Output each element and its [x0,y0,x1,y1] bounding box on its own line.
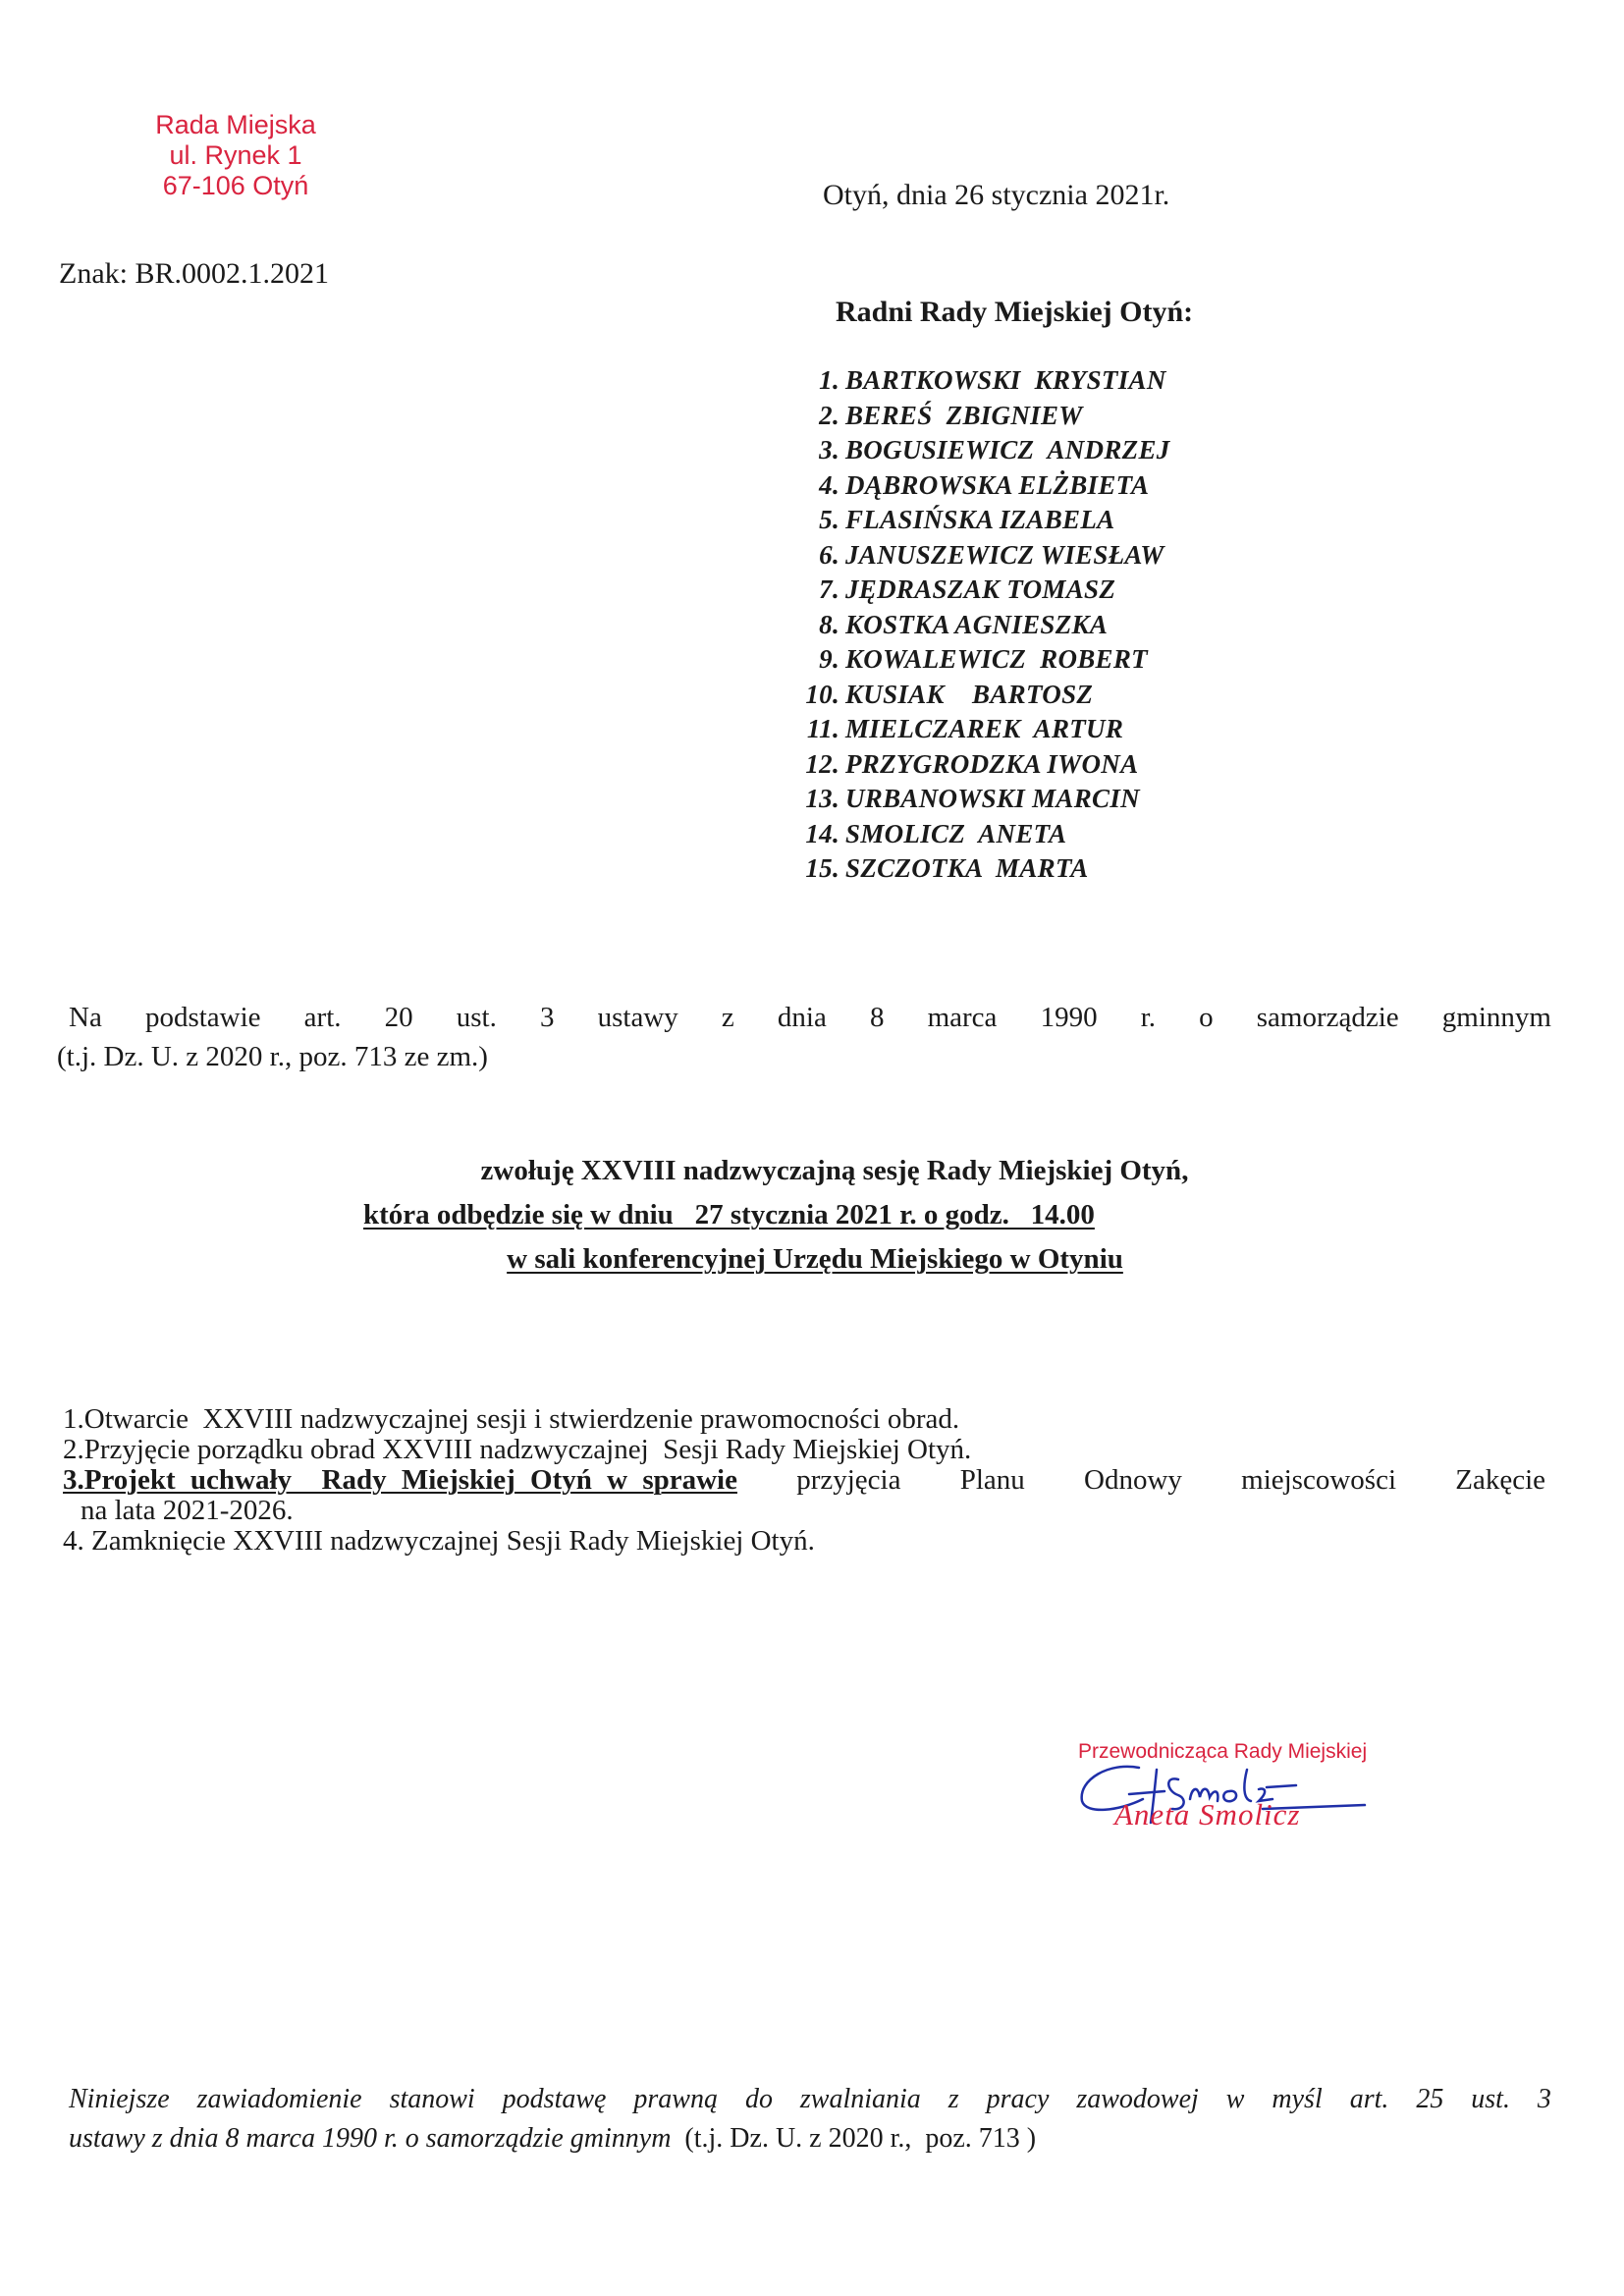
member-number: 5. [800,503,839,538]
council-member-item: 12.PRZYGRODZKA IWONA [800,747,1170,783]
footnote-word: 25 [1416,2080,1443,2119]
footnote-line2-italic: ustawy z dnia 8 marca 1990 r. o samorząd… [69,2123,671,2154]
legal-basis-word: podstawie [145,998,261,1037]
legal-basis-word: Na [69,998,102,1037]
footnote-line2-citation: (t.j. Dz. U. z 2020 r., poz. 713 ) [684,2123,1036,2154]
member-name: BEREŚ ZBIGNIEW [845,401,1083,430]
legal-basis-word: 8 [870,998,885,1037]
member-name: JANUSZEWICZ WIESŁAW [845,540,1164,570]
member-number: 14. [800,817,839,852]
agenda-item-1: 1.Otwarcie XXVIII nadzwyczajnej sesji i … [63,1404,1545,1435]
council-member-item: 9.KOWALEWICZ ROBERT [800,642,1170,678]
agenda-item-3-title: 3.Projekt uchwały Rady Miejskiej Otyń w … [63,1465,737,1496]
footnote-word: zawiadomienie [197,2080,362,2119]
agenda-item-3-word: Odnowy [1084,1465,1182,1496]
member-name: SMOLICZ ANETA [845,819,1066,848]
legal-basis-word: 20 [385,998,413,1037]
legal-basis-word: z [722,998,734,1037]
council-member-item: 11.MIELCZAREK ARTUR [800,712,1170,747]
agenda-item-2: 2.Przyjęcie porządku obrad XXVIII nadzwy… [63,1435,1545,1465]
member-name: JĘDRASZAK TOMASZ [845,574,1115,604]
council-member-item: 3.BOGUSIEWICZ ANDRZEJ [800,433,1170,468]
member-number: 10. [800,678,839,713]
footnote-word: art. [1350,2080,1389,2119]
legal-basis-word: o [1199,998,1214,1037]
member-name: KOSTKA AGNIESZKA [845,610,1108,639]
member-number: 9. [800,642,839,678]
member-name: BOGUSIEWICZ ANDRZEJ [845,435,1170,465]
legal-basis-word: art. [304,998,342,1037]
footnote-word: podstawę [503,2080,607,2119]
member-name: DĄBROWSKA ELŻBIETA [845,470,1149,500]
agenda: 1.Otwarcie XXVIII nadzwyczajnej sesji i … [63,1404,1545,1557]
member-number: 2. [800,399,839,434]
council-member-item: 13.URBANOWSKI MARCIN [800,782,1170,817]
stamp-street: ul. Rynek 1 [128,140,344,171]
member-number: 1. [800,363,839,399]
footnote-word: w [1226,2080,1245,2119]
footnote-word: zawodowej [1076,2080,1198,2119]
member-number: 8. [800,608,839,643]
footnote-line1: Niniejszezawiadomieniestanowipodstawępra… [69,2080,1551,2119]
legal-basis-line1: Napodstawieart.20ust.3ustawyzdnia8marca1… [69,998,1551,1037]
member-number: 7. [800,573,839,608]
legal-basis-word: dnia [778,998,827,1037]
council-member-item: 4.DĄBROWSKA ELŻBIETA [800,468,1170,504]
agenda-item-4: 4. Zamknięcie XXVIII nadzwyczajnej Sesji… [63,1526,1545,1557]
stamp-postal-city: 67-106 Otyń [128,171,344,201]
reference-number: Znak: BR.0002.1.2021 [59,257,329,291]
member-name: KOWALEWICZ ROBERT [845,644,1148,674]
convocation-venue: w sali konferencyjnej Urzędu Miejskiego … [363,1237,1267,1282]
member-name: KUSIAK BARTOSZ [845,680,1093,709]
member-number: 4. [800,468,839,504]
convocation: zwołuję XXVIII nadzwyczajną sesję Rady M… [363,1149,1267,1282]
council-member-item: 2.BEREŚ ZBIGNIEW [800,399,1170,434]
convocation-line1: zwołuję XXVIII nadzwyczajną sesję Rady M… [363,1149,1267,1193]
council-member-item: 15.SZCZOTKA MARTA [800,851,1170,887]
stamp-org-name: Rada Miejska [128,110,344,140]
place-date: Otyń, dnia 26 stycznia 2021r. [823,179,1169,212]
footnote-word: Niniejsze [69,2080,170,2119]
member-number: 15. [800,851,839,887]
footnote-word: ust. [1471,2080,1510,2119]
member-name: URBANOWSKI MARCIN [845,784,1140,813]
member-name: FLASIŃSKA IZABELA [845,505,1114,534]
footnote-word: 3 [1538,2080,1551,2119]
legal-basis-word: marca [928,998,998,1037]
council-member-item: 14.SMOLICZ ANETA [800,817,1170,852]
signatory-name: Aneta Smolicz [1114,1797,1301,1832]
member-number: 3. [800,433,839,468]
footnote-word: z [948,2080,959,2119]
footnote: Niniejszezawiadomieniestanowipodstawępra… [69,2080,1551,2159]
member-number: 13. [800,782,839,817]
council-member-item: 6.JANUSZEWICZ WIESŁAW [800,538,1170,574]
council-members-list: 1.BARTKOWSKI KRYSTIAN2.BEREŚ ZBIGNIEW3.B… [800,363,1170,887]
council-member-item: 5.FLASIŃSKA IZABELA [800,503,1170,538]
member-name: PRZYGRODZKA IWONA [845,749,1138,779]
footnote-line2: ustawy z dnia 8 marca 1990 r. o samorząd… [69,2119,1551,2159]
footnote-word: myśl [1272,2080,1322,2119]
agenda-item-3-continuation: na lata 2021-2026. [63,1496,1545,1526]
agenda-item-3-word: Zakęcie [1455,1465,1545,1496]
organization-stamp: Rada Miejska ul. Rynek 1 67-106 Otyń [128,110,344,201]
legal-basis-word: ustawy [598,998,678,1037]
footnote-word: stanowi [390,2080,475,2119]
legal-basis-word: gminnym [1442,998,1551,1037]
footnote-word: prawną [633,2080,718,2119]
council-member-item: 10.KUSIAK BARTOSZ [800,678,1170,713]
agenda-item-3-word: przyjęcia [796,1465,900,1496]
legal-basis-word: 1990 [1041,998,1098,1037]
legal-basis-word: samorządzie [1257,998,1399,1037]
legal-basis-word: r. [1141,998,1156,1037]
legal-basis: Napodstawieart.20ust.3ustawyzdnia8marca1… [69,998,1551,1076]
member-name: BARTKOWSKI KRYSTIAN [845,365,1166,395]
council-member-item: 8.KOSTKA AGNIESZKA [800,608,1170,643]
member-number: 6. [800,538,839,574]
council-member-item: 1.BARTKOWSKI KRYSTIAN [800,363,1170,399]
legal-basis-word: 3 [540,998,555,1037]
member-number: 12. [800,747,839,783]
footnote-word: do [745,2080,773,2119]
legal-basis-line2: (t.j. Dz. U. z 2020 r., poz. 713 ze zm.) [57,1037,1551,1076]
signature-block: Przewodnicząca Rady Miejskiej Aneta Smol… [1070,1740,1384,1848]
agenda-item-3-word: Planu [960,1465,1025,1496]
agenda-item-3-word: miejscowości [1241,1465,1396,1496]
legal-basis-word: ust. [457,998,497,1037]
member-name: MIELCZAREK ARTUR [845,714,1123,743]
footnote-word: pracy [987,2080,1050,2119]
member-name: SZCZOTKA MARTA [845,853,1089,883]
addressee-heading: Radni Rady Miejskiej Otyń: [836,296,1193,329]
footnote-word: zwalniania [800,2080,921,2119]
agenda-item-3: 3.Projekt uchwały Rady Miejskiej Otyń w … [63,1465,1545,1496]
convocation-date-time: która odbędzie się w dniu 27 stycznia 20… [363,1193,1267,1237]
member-number: 11. [800,712,839,747]
council-member-item: 7.JĘDRASZAK TOMASZ [800,573,1170,608]
